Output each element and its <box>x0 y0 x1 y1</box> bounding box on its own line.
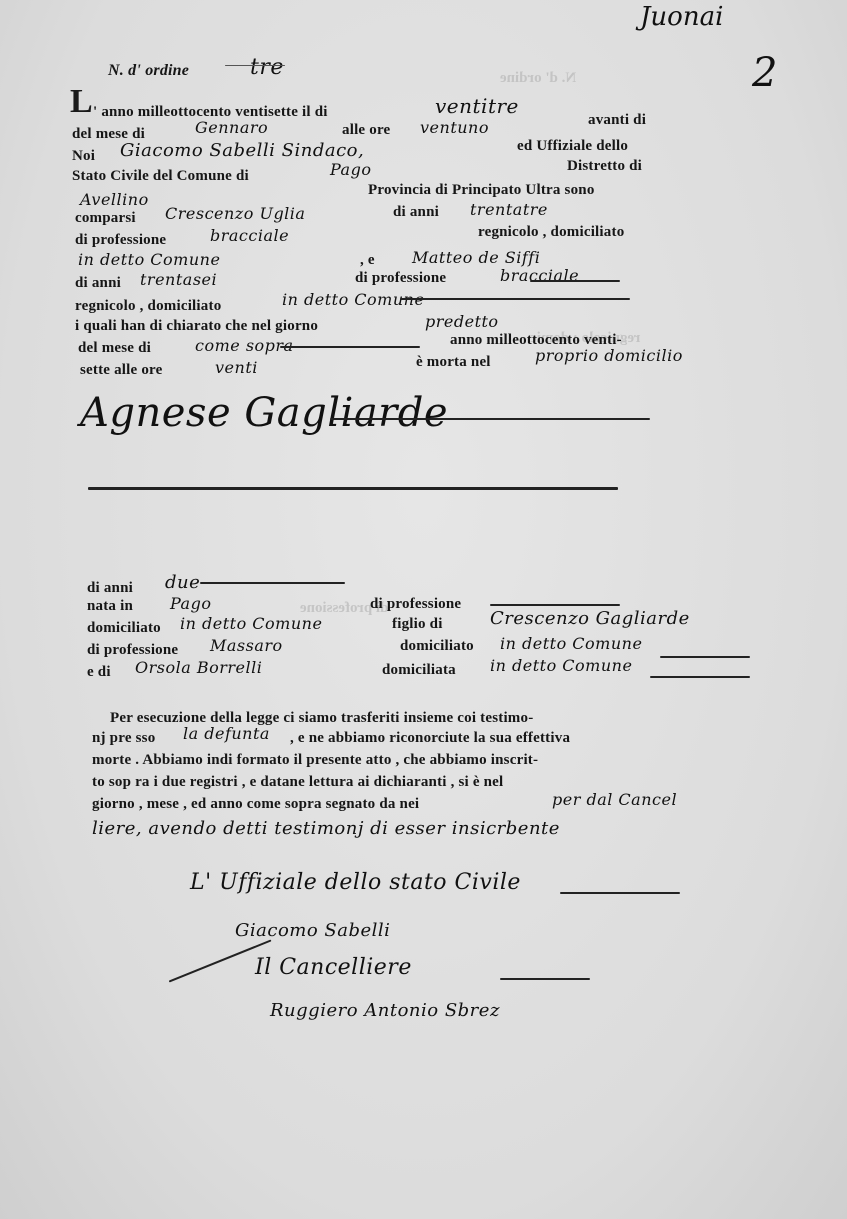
hw-witness1-age: trentatre <box>470 200 548 219</box>
header-line: , e <box>360 252 375 269</box>
prof-label: di professione <box>370 596 461 613</box>
hw-mayor: Giacomo Sabelli Sindaco, <box>120 140 364 161</box>
hw-month: Gennaro <box>195 118 268 137</box>
header-line: di professione <box>75 232 166 249</box>
corner-number: 2 <box>752 50 777 96</box>
hw-witness1: Crescenzo Uglia <box>165 204 305 223</box>
officer-signature: Giacomo Sabelli <box>235 920 390 941</box>
underline <box>400 298 630 300</box>
hw-witness2: Matteo de Siffi <box>412 248 540 267</box>
domicile-value: in detto Comune <box>180 614 322 633</box>
hw-hour-death: venti <box>215 358 258 377</box>
father-domicile-label: domiciliato <box>400 638 474 655</box>
child-of-label: figlio di <box>392 616 443 633</box>
header-line: comparsi <box>75 210 136 227</box>
header-line: di anni <box>75 275 121 292</box>
header-line: Provincia di Principato Ultra sono <box>368 182 595 199</box>
age-label: di anni <box>87 580 133 597</box>
hw-defunta: la defunta <box>183 724 270 743</box>
document-page: N. d' ordine regnicolo ; domic di profes… <box>0 0 847 1219</box>
underline <box>660 656 750 658</box>
underline <box>650 676 750 678</box>
underline <box>500 978 590 980</box>
closing-line: morte . Abbiamo indi formato il presente… <box>92 752 538 769</box>
hw-place-death: proprio domicilio <box>535 346 683 365</box>
hw-hour: ventuno <box>420 118 489 137</box>
header-line: alle ore <box>342 122 390 139</box>
underline <box>330 418 650 420</box>
hw-day-death: predetto <box>425 312 499 331</box>
ordine-label: N. d' ordine <box>108 62 189 80</box>
bleed-through-text: N. d' ordine <box>500 70 576 87</box>
father-prof-value: Massaro <box>210 636 283 655</box>
hw-cancel: per dal Cancel <box>552 790 677 809</box>
header-line: sette alle ore <box>80 362 162 379</box>
age-value: due <box>165 572 200 593</box>
father-domicile-value: in detto Comune <box>500 634 642 653</box>
hw-comune: Pago <box>330 160 371 179</box>
mother-domicile-label: domiciliata <box>382 662 456 679</box>
hw-witness2-prof: bracciale <box>500 266 579 285</box>
closing-line: , e ne abbiamo riconorciute la sua effet… <box>290 730 570 747</box>
underline <box>530 280 620 282</box>
header-line: di professione <box>355 270 446 287</box>
header-line: Noi <box>72 148 95 165</box>
born-value: Pago <box>170 594 211 613</box>
hw-witness2-age: trentasei <box>140 270 217 289</box>
mother-label: e di <box>87 664 111 681</box>
header-line: i quali han di chiarato che nel giorno <box>75 318 318 335</box>
father-name: Crescenzo Gagliarde <box>490 608 690 629</box>
header-line: avanti di <box>588 112 646 129</box>
closing-line: to sop ra i due registri , e datane lett… <box>92 774 503 791</box>
corner-note: Juonai <box>640 2 723 32</box>
underline <box>200 582 345 584</box>
hw-month-death: come sopra <box>195 336 294 355</box>
clerk-signature: Ruggiero Antonio Sbrez <box>270 1000 500 1021</box>
father-prof-label: di professione <box>87 642 178 659</box>
mother-name: Orsola Borrelli <box>135 658 262 677</box>
closing-line: nj pre sso <box>92 730 155 747</box>
hw-closing: liere, avendo detti testimonj di esser i… <box>92 818 560 839</box>
hw-witness1-domicile: in detto Comune <box>78 250 220 269</box>
header-line: Stato Civile del Comune di <box>72 168 249 185</box>
underline <box>560 892 680 894</box>
underline <box>280 346 420 348</box>
underline <box>225 65 285 66</box>
hw-day: ventitre <box>435 94 519 118</box>
hw-witness1-prof: bracciale <box>210 226 289 245</box>
domicile-label: domiciliato <box>87 620 161 637</box>
closing-line: Per esecuzione della legge ci siamo tras… <box>110 710 533 727</box>
dropcap: L <box>70 85 93 119</box>
header-line: Distretto di <box>567 158 642 175</box>
divider-line <box>88 487 618 490</box>
header-line: di anni <box>393 204 439 221</box>
ordine-value: tre <box>250 55 284 80</box>
underline <box>490 604 620 606</box>
officer-title: L' Uffiziale dello stato Civile <box>190 870 521 895</box>
closing-line: giorno , mese , ed anno come sopra segna… <box>92 796 419 813</box>
hw-distretto: Avellino <box>80 190 149 209</box>
deceased-name: Agnese Gagliarde <box>80 390 448 436</box>
header-line: è morta nel <box>416 354 491 371</box>
header-line: regnicolo , domiciliato <box>478 224 624 241</box>
clerk-title: Il Cancelliere <box>255 955 412 980</box>
born-label: nata in <box>87 598 133 615</box>
header-line: del mese di <box>78 340 151 357</box>
header-line: regnicolo , domiciliato <box>75 298 221 315</box>
mother-domicile-value: in detto Comune <box>490 656 632 675</box>
header-line: ed Uffiziale dello <box>517 138 628 155</box>
